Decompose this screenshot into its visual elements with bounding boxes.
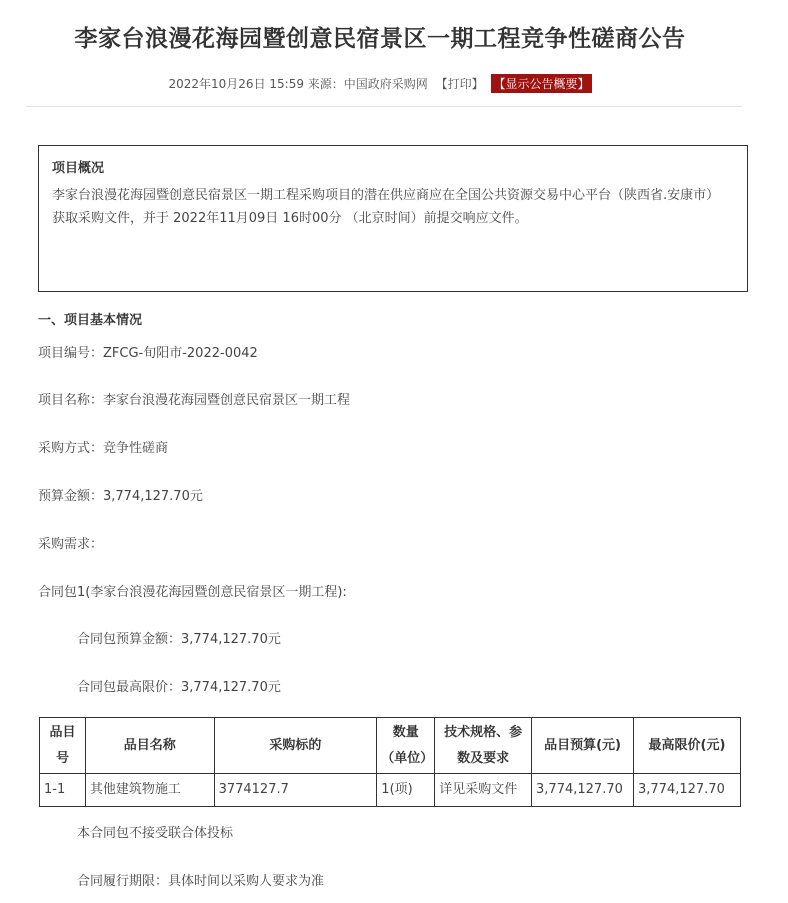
procurement-method: 采购方式：竞争性磋商 bbox=[38, 437, 168, 456]
divider bbox=[26, 106, 742, 107]
show-summary-button[interactable]: 【显示公告概要】 bbox=[491, 74, 591, 93]
overview-paragraph-1: 李家台浪漫花海园暨创意民宿景区一期工程采购项目的潜在供应商应在全国公共资源交易中… bbox=[52, 184, 735, 207]
project-name: 项目名称：李家台浪漫花海园暨创意民宿景区一期工程 bbox=[38, 389, 350, 408]
source: 来源：中国政府采购网 bbox=[308, 75, 428, 92]
package-label: 合同包1(李家台浪漫花海园暨创意民宿景区一期工程): bbox=[38, 581, 347, 600]
cell-quantity: 1(项) bbox=[377, 774, 435, 807]
meta-bar: 2022年10月26日 15:59 来源：中国政府采购网 【打印】 【显示公告概… bbox=[0, 74, 760, 93]
package-max-price: 合同包最高限价：3,774,127.70元 bbox=[77, 676, 281, 695]
col-item-name: 品目名称 bbox=[85, 718, 214, 774]
table-row: 1-1 其他建筑物施工 3774127.7 1(项) 详见采购文件 3,774,… bbox=[40, 774, 741, 807]
col-budget: 品目预算(元) bbox=[532, 718, 634, 774]
overview-box: 项目概况 李家台浪漫花海园暨创意民宿景区一期工程采购项目的潜在供应商应在全国公共… bbox=[38, 145, 748, 292]
cell-item-name: 其他建筑物施工 bbox=[85, 774, 214, 807]
col-quantity: 数量（单位） bbox=[377, 718, 435, 774]
col-subject: 采购标的 bbox=[214, 718, 377, 774]
project-number: 项目编号：ZFCG-旬阳市-2022-0042 bbox=[38, 342, 258, 361]
col-specs: 技术规格、参数及要求 bbox=[435, 718, 532, 774]
contract-period: 合同履行期限：具体时间以采购人要求为准 bbox=[77, 870, 324, 889]
cell-budget: 3,774,127.70 bbox=[532, 774, 634, 807]
section-heading: 一、项目基本情况 bbox=[38, 309, 142, 328]
print-link[interactable]: 【打印】 bbox=[436, 75, 484, 92]
cell-subject: 3774127.7 bbox=[214, 774, 377, 807]
cell-item-number: 1-1 bbox=[40, 774, 86, 807]
col-max-price: 最高限价(元) bbox=[634, 718, 741, 774]
cell-max-price: 3,774,127.70 bbox=[634, 774, 741, 807]
table-header-row: 品目号 品目名称 采购标的 数量（单位） 技术规格、参数及要求 品目预算(元) … bbox=[40, 718, 741, 774]
budget-amount: 预算金额：3,774,127.70元 bbox=[38, 485, 203, 504]
items-table: 品目号 品目名称 采购标的 数量（单位） 技术规格、参数及要求 品目预算(元) … bbox=[39, 717, 741, 807]
package-budget: 合同包预算金额：3,774,127.70元 bbox=[77, 628, 281, 647]
col-item-number: 品目号 bbox=[40, 718, 86, 774]
overview-title: 项目概况 bbox=[52, 160, 735, 178]
no-consortium-note: 本合同包不接受联合体投标 bbox=[77, 822, 233, 841]
page-title: 李家台浪漫花海园暨创意民宿景区一期工程竞争性磋商公告 bbox=[0, 20, 760, 53]
publish-date: 2022年10月26日 15:59 bbox=[168, 75, 303, 92]
overview-paragraph-2: 获取采购文件，并于 2022年11月09日 16时00分 （北京时间）前提交响应… bbox=[52, 207, 735, 230]
cell-specs: 详见采购文件 bbox=[435, 774, 532, 807]
requirements-label: 采购需求： bbox=[38, 533, 103, 552]
